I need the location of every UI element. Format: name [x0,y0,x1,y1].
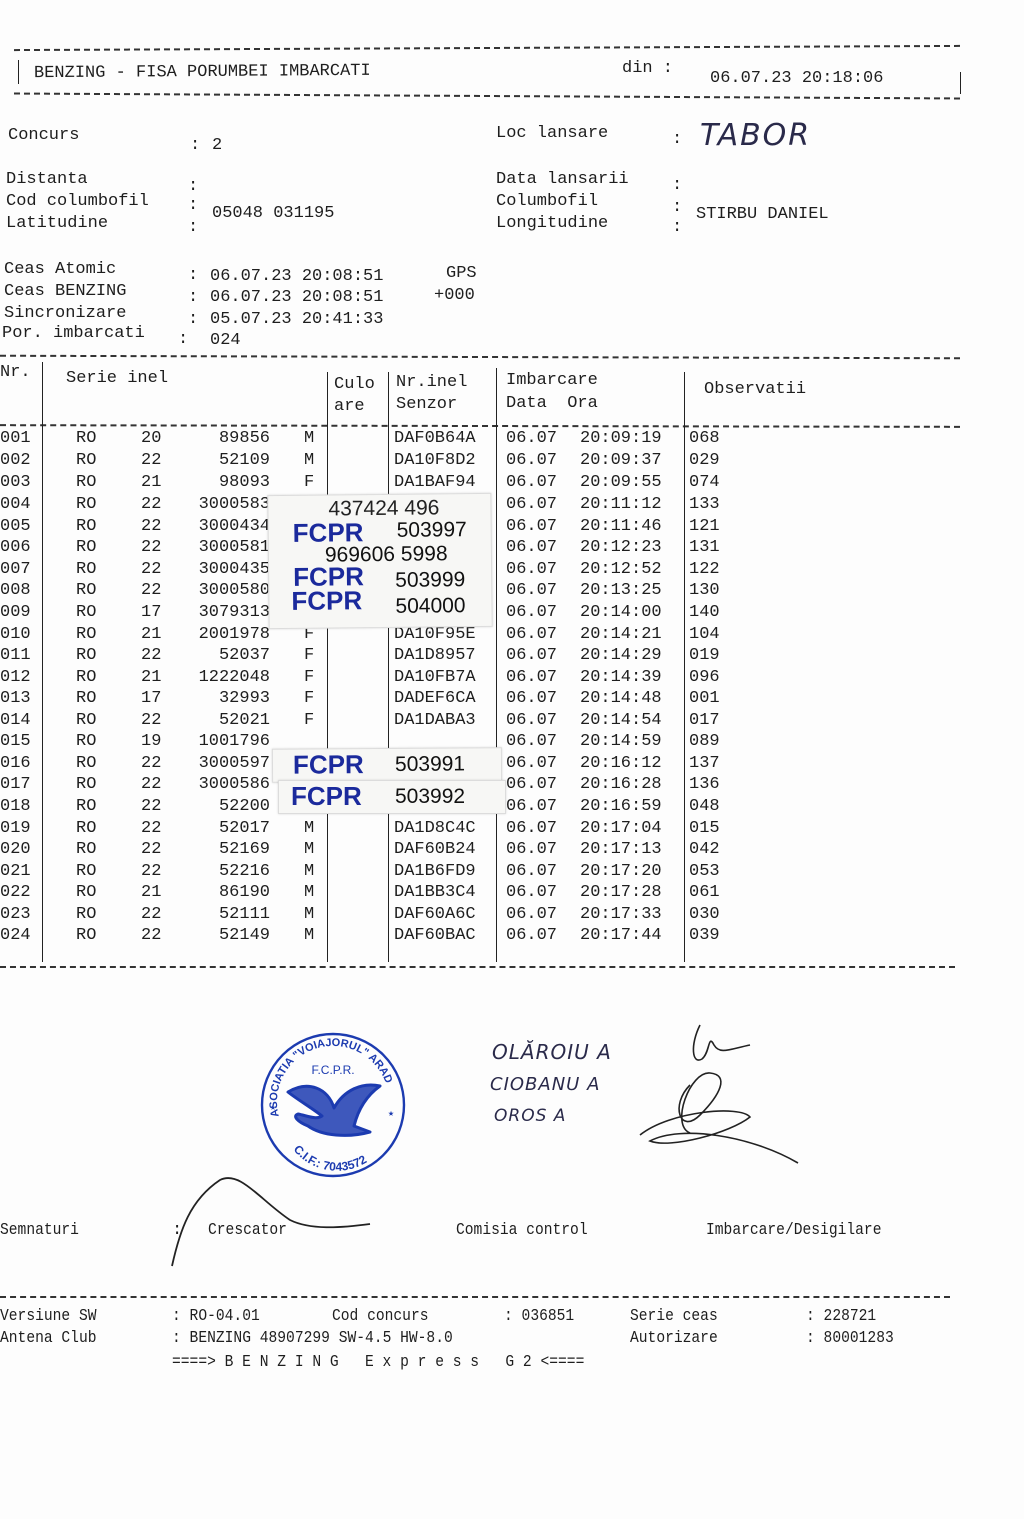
autorizare-label: Autorizare [630,1328,718,1350]
row-time: 20:14:00 [580,602,662,624]
row-sensor-id: DA1B6FD9 [394,861,476,883]
data-lansarii-label: Data lansarii [496,170,629,190]
row-nr: 020 [0,839,31,861]
row-observatii: 001 [689,688,720,710]
row-time: 20:17:20 [580,861,662,883]
row-date: 06.07 [506,624,557,646]
row-nr: 003 [0,472,31,494]
row-year: 17 [141,688,161,710]
row-observatii: 096 [689,667,720,689]
row-sensor-id: DA1DABA3 [394,710,476,732]
row-sensor-id: DA10F8D2 [394,450,476,472]
row-observatii: 039 [689,925,720,947]
serie-ceas-value: 228721 [824,1307,877,1326]
row-country: RO [76,472,96,494]
table-row: 022RO2186190MDA1BB3C406.0720:17:28061 [0,882,760,904]
row-ring-number: 3000597 [178,753,270,775]
columbofil-value: STIRBU DANIEL [696,205,829,225]
row-country: RO [76,494,96,516]
header-right-border [960,72,961,94]
row-nr: 017 [0,774,31,796]
row-date: 06.07 [506,710,557,732]
row-date: 06.07 [506,904,557,926]
row-nr: 015 [0,731,31,753]
row-nr: 002 [0,450,31,472]
row-date: 06.07 [506,472,557,494]
row-year: 22 [141,494,161,516]
row-ring-number: 1001796 [178,731,270,753]
concurs-sep: : [190,136,200,156]
table-row: 001RO2089856MDAF0B64A06.0720:09:19068 [0,428,760,450]
cod-concurs-label: Cod concurs [332,1306,429,1328]
row-sex: F [304,710,314,732]
header-bottom-border [14,93,960,100]
din-value: 06.07.23 20:18:06 [710,68,883,89]
row-nr: 009 [0,602,31,624]
row-nr: 005 [0,516,31,538]
cod-columbofil-value: 05048 031195 [212,204,334,224]
row-observatii: 130 [689,580,720,602]
table-row: 024RO2252149MDAF60BAC06.0720:17:44039 [0,925,760,947]
row-time: 20:17:13 [580,839,662,861]
row-time: 20:12:23 [580,537,662,559]
versiune-sw-label: Versiune SW [0,1306,97,1328]
table-row: 014RO2252021FDA1DABA306.0720:14:54017 [0,710,760,732]
row-ring-number: 52017 [178,818,270,840]
table-row: 023RO2252111MDAF60A6C06.0720:17:33030 [0,904,760,926]
row-country: RO [76,774,96,796]
din-label: din : [622,58,673,79]
row-sensor-id: DA1BAF94 [394,472,476,494]
antena-club-value: BENZING 48907299 SW-4.5 HW-8.0 [190,1329,453,1348]
row-year: 22 [141,537,161,559]
row-nr: 011 [0,645,31,667]
row-time: 20:16:12 [580,753,662,775]
table-row: 019RO2252017MDA1D8C4C06.0720:17:04015 [0,818,760,840]
row-year: 21 [141,472,161,494]
row-ring-number: 3000581 [178,537,270,559]
concurs-label: Concurs [8,126,79,146]
semnaturi-sep: : [172,1220,182,1242]
row-year: 22 [141,753,161,775]
row-observatii: 133 [689,494,720,516]
row-ring-number: 3000586 [178,774,270,796]
por-imbarcati-value: 024 [210,331,241,351]
row-sex: M [304,818,314,840]
row-country: RO [76,645,96,667]
row-ring-number: 89856 [178,428,270,450]
row-year: 21 [141,624,161,646]
row-sex: M [304,861,314,883]
commission-name-2: CIOBANU A [490,1074,600,1095]
ceas-atomic-label: Ceas Atomic [4,260,116,280]
row-date: 06.07 [506,818,557,840]
row-date: 06.07 [506,753,557,775]
header-observatii: Observatii [704,379,806,400]
seal-number: 503991 [395,752,465,776]
row-date: 06.07 [506,861,557,883]
cod-columbofil-label: Cod columbofil [6,192,149,212]
row-observatii: 017 [689,710,720,732]
row-ring-number: 3000583 [178,494,270,516]
row-nr: 016 [0,753,31,775]
row-sensor-id: DAF60A6C [394,904,476,926]
row-year: 22 [141,925,161,947]
row-country: RO [76,602,96,624]
row-nr: 014 [0,710,31,732]
row-time: 20:17:04 [580,818,662,840]
semnaturi-label: Semnaturi [0,1220,79,1242]
row-ring-number: 52169 [178,839,270,861]
row-date: 06.07 [506,450,557,472]
crescator-label: Crescator [208,1220,287,1242]
row-time: 20:12:52 [580,559,662,581]
row-ring-number: 86190 [178,882,270,904]
row-time: 20:14:29 [580,645,662,667]
row-time: 20:14:59 [580,731,662,753]
ceas-atomic-extra: GPS [446,264,477,284]
table-row: 013RO1732993FDADEF6CA06.0720:14:48001 [0,688,760,710]
row-time: 20:17:33 [580,904,662,926]
row-country: RO [76,861,96,883]
row-date: 06.07 [506,839,557,861]
ceas-benzing-offset: +000 [434,286,475,306]
latitudine-sep: : [188,218,198,238]
row-observatii: 042 [689,839,720,861]
row-ring-number: 3000434 [178,516,270,538]
row-sensor-id: DADEF6CA [394,688,476,710]
row-observatii: 136 [689,774,720,796]
row-sex: F [304,472,314,494]
row-date: 06.07 [506,774,557,796]
row-ring-number: 3000580 [178,580,270,602]
row-nr: 007 [0,559,31,581]
header-nr: Nr. [0,362,31,383]
row-nr: 013 [0,688,31,710]
row-observatii: 015 [689,818,720,840]
row-country: RO [76,667,96,689]
row-nr: 021 [0,861,31,883]
row-year: 22 [141,645,161,667]
concurs-value: 2 [212,136,222,156]
row-year: 22 [141,839,161,861]
commission-name-3: OROS A [494,1106,566,1126]
row-country: RO [76,904,96,926]
row-time: 20:17:44 [580,925,662,947]
row-nr: 018 [0,796,31,818]
seal-number: 503999 [395,568,465,593]
row-ring-number: 52037 [178,645,270,667]
header-senzor-1: Nr.inel [396,372,467,393]
row-year: 22 [141,559,161,581]
header-serie-inel: Serie inel [66,368,168,389]
cod-concurs-value: 036851 [522,1307,575,1326]
header-imbarcare-1: Imbarcare [506,370,598,391]
row-country: RO [76,559,96,581]
row-ring-number: 32993 [178,688,270,710]
table-bottom-border [0,966,955,968]
header-senzor-2: Senzor [396,394,457,415]
cod-columbofil-sep: : [188,196,198,216]
sincronizare-value: 05.07.23 20:41:33 [210,310,383,330]
row-date: 06.07 [506,882,557,904]
longitudine-label: Longitudine [496,214,608,234]
row-country: RO [76,624,96,646]
benzing-express-banner: ====> B E N Z I N G E x p r e s s G 2 <=… [172,1352,584,1374]
row-nr: 004 [0,494,31,516]
loc-lansare-sep: : [672,130,682,150]
distanta-sep: : [188,177,198,197]
row-date: 06.07 [506,925,557,947]
row-year: 21 [141,882,161,904]
row-ring-number: 3079313 [178,602,270,624]
ceas-benzing-value: 06.07.23 20:08:51 [210,288,383,308]
row-sensor-id: DAF60B24 [394,839,476,861]
row-time: 20:09:55 [580,472,662,494]
loc-lansare-label: Loc lansare [496,124,608,144]
table-row: 002RO2252109MDA10F8D206.0720:09:37029 [0,450,760,472]
row-observatii: 104 [689,624,720,646]
row-date: 06.07 [506,667,557,689]
association-stamp: ASOCIATIA "VOIAJORUL" ARAD F.C.P.R. C.I.… [258,1030,408,1180]
row-date: 06.07 [506,428,557,450]
row-year: 22 [141,904,161,926]
row-sex: F [304,645,314,667]
row-country: RO [76,818,96,840]
row-nr: 019 [0,818,31,840]
data-lansarii-sep: : [672,176,682,196]
row-sex: F [304,688,314,710]
row-sex: M [304,839,314,861]
row-time: 20:11:12 [580,494,662,516]
row-sensor-id: DA1BB3C4 [394,882,476,904]
row-sensor-id: DAF60BAC [394,925,476,947]
row-year: 22 [141,861,161,883]
row-ring-number: 52111 [178,904,270,926]
star-icon: ★ [388,1109,394,1120]
row-date: 06.07 [506,537,557,559]
row-time: 20:14:21 [580,624,662,646]
ceas-atomic-value: 06.07.23 20:08:51 [210,267,383,287]
row-date: 06.07 [506,645,557,667]
row-nr: 022 [0,882,31,904]
header-culoare-1: Culo [334,374,375,395]
row-time: 20:09:37 [580,450,662,472]
dove-icon [288,1085,380,1135]
row-observatii: 019 [689,645,720,667]
columbofil-label: Columbofil [496,192,598,212]
row-year: 22 [141,710,161,732]
row-time: 20:14:48 [580,688,662,710]
row-sensor-id: DAF0B64A [394,428,476,450]
row-ring-number: 52149 [178,925,270,947]
header-imbarcare-2: Data Ora [506,393,598,414]
crescator-signature [160,1160,380,1270]
seal-label: FCPR [293,749,364,780]
footer-divider [0,1296,950,1298]
row-country: RO [76,731,96,753]
antena-club-label: Antena Club [0,1328,97,1350]
header-culoare-2: are [334,396,365,417]
versiune-sw-value: RO-04.01 [190,1307,260,1326]
row-sex: M [304,904,314,926]
row-time: 20:09:19 [580,428,662,450]
row-nr: 001 [0,428,31,450]
row-sensor-id: DA10FB7A [394,667,476,689]
row-ring-number: 52109 [178,450,270,472]
row-country: RO [76,839,96,861]
row-ring-number: 52200 [178,796,270,818]
row-observatii: 029 [689,450,720,472]
sincronizare-label: Sincronizare [4,304,126,324]
row-country: RO [76,925,96,947]
row-time: 20:11:46 [580,516,662,538]
row-ring-number: 3000435 [178,559,270,581]
row-year: 22 [141,774,161,796]
row-date: 06.07 [506,494,557,516]
row-country: RO [76,537,96,559]
latitudine-label: Latitudine [6,214,108,234]
row-observatii: 131 [689,537,720,559]
row-nr: 010 [0,624,31,646]
row-year: 22 [141,818,161,840]
row-year: 20 [141,428,161,450]
comisia-control-label: Comisia control [456,1220,588,1242]
row-nr: 008 [0,580,31,602]
longitudine-sep: : [672,218,682,238]
row-ring-number: 2001978 [178,624,270,646]
row-country: RO [76,580,96,602]
row-nr: 012 [0,667,31,689]
row-year: 19 [141,731,161,753]
header-left-border [18,60,19,84]
imbarcare-desigilare-label: Imbarcare/Desigilare [706,1220,881,1242]
row-nr: 024 [0,925,31,947]
row-time: 20:16:28 [580,774,662,796]
ceas-benzing-label: Ceas BENZING [4,282,126,302]
seal-sticker-group-1: 437424 496 FCPR 503997 969606 5998 FCPR … [267,493,492,629]
row-observatii: 048 [689,796,720,818]
row-country: RO [76,882,96,904]
row-observatii: 089 [689,731,720,753]
row-date: 06.07 [506,559,557,581]
row-ring-number: 98093 [178,472,270,494]
seal-sticker-503992: FCPR 503992 [278,780,506,814]
row-observatii: 074 [689,472,720,494]
table-row: 021RO2252216MDA1B6FD906.0720:17:20053 [0,861,760,883]
star-icon: ★ [270,1103,276,1114]
row-sex: F [304,667,314,689]
seal-number: 503997 [397,518,467,543]
table-row: 012RO211222048FDA10FB7A06.0720:14:39096 [0,667,760,689]
row-ring-number: 52021 [178,710,270,732]
row-nr: 023 [0,904,31,926]
row-date: 06.07 [506,516,557,538]
table-top-border [0,355,960,360]
seal-number: 503992 [395,785,465,809]
seal-label: FCPR [291,781,362,812]
row-country: RO [76,796,96,818]
por-imbarcati-label: Por. imbarcati [2,324,145,344]
seal-number: 504000 [395,594,465,619]
table-row: 011RO2252037FDA1D895706.0720:14:29019 [0,645,760,667]
row-year: 21 [141,667,161,689]
row-date: 06.07 [506,580,557,602]
row-date: 06.07 [506,602,557,624]
row-country: RO [76,753,96,775]
row-sex: M [304,925,314,947]
columbofil-sep: : [672,198,682,218]
table-row: 003RO2198093FDA1BAF9406.0720:09:55074 [0,472,760,494]
distanta-label: Distanta [6,170,88,190]
row-time: 20:17:28 [580,882,662,904]
row-country: RO [76,450,96,472]
document-title: BENZING - FISA PORUMBEI IMBARCATI [34,61,371,84]
row-year: 22 [141,450,161,472]
row-observatii: 061 [689,882,720,904]
row-observatii: 140 [689,602,720,624]
row-country: RO [76,688,96,710]
row-time: 20:14:39 [580,667,662,689]
commission-name-1: OLĂROIU A [492,1040,612,1064]
row-sex: M [304,428,314,450]
header-top-border [14,45,960,51]
row-year: 22 [141,796,161,818]
loc-lansare-value-handwritten: TABOR [700,118,811,153]
autorizare-value: 80001283 [824,1329,894,1348]
row-sex: M [304,450,314,472]
stamp-center-text: F.C.P.R. [311,1063,354,1077]
row-year: 17 [141,602,161,624]
row-country: RO [76,516,96,538]
seal-sticker-503991: FCPR 503991 [272,747,502,783]
row-time: 20:14:54 [580,710,662,732]
row-time: 20:16:59 [580,796,662,818]
row-country: RO [76,710,96,732]
row-sex: M [304,882,314,904]
commission-signature [630,1015,810,1175]
row-observatii: 068 [689,428,720,450]
row-sensor-id: DA1D8C4C [394,818,476,840]
row-date: 06.07 [506,688,557,710]
row-sensor-id: DA1D8957 [394,645,476,667]
row-date: 06.07 [506,796,557,818]
row-nr: 006 [0,537,31,559]
table-row: 020RO2252169MDAF60B2406.0720:17:13042 [0,839,760,861]
row-observatii: 053 [689,861,720,883]
row-country: RO [76,428,96,450]
row-ring-number: 52216 [178,861,270,883]
row-observatii: 122 [689,559,720,581]
row-year: 22 [141,580,161,602]
row-observatii: 030 [689,904,720,926]
row-time: 20:13:25 [580,580,662,602]
seal-label: FCPR [291,585,362,617]
row-year: 22 [141,516,161,538]
row-observatii: 121 [689,516,720,538]
serie-ceas-label: Serie ceas [630,1306,718,1328]
row-ring-number: 1222048 [178,667,270,689]
row-date: 06.07 [506,731,557,753]
row-observatii: 137 [689,753,720,775]
